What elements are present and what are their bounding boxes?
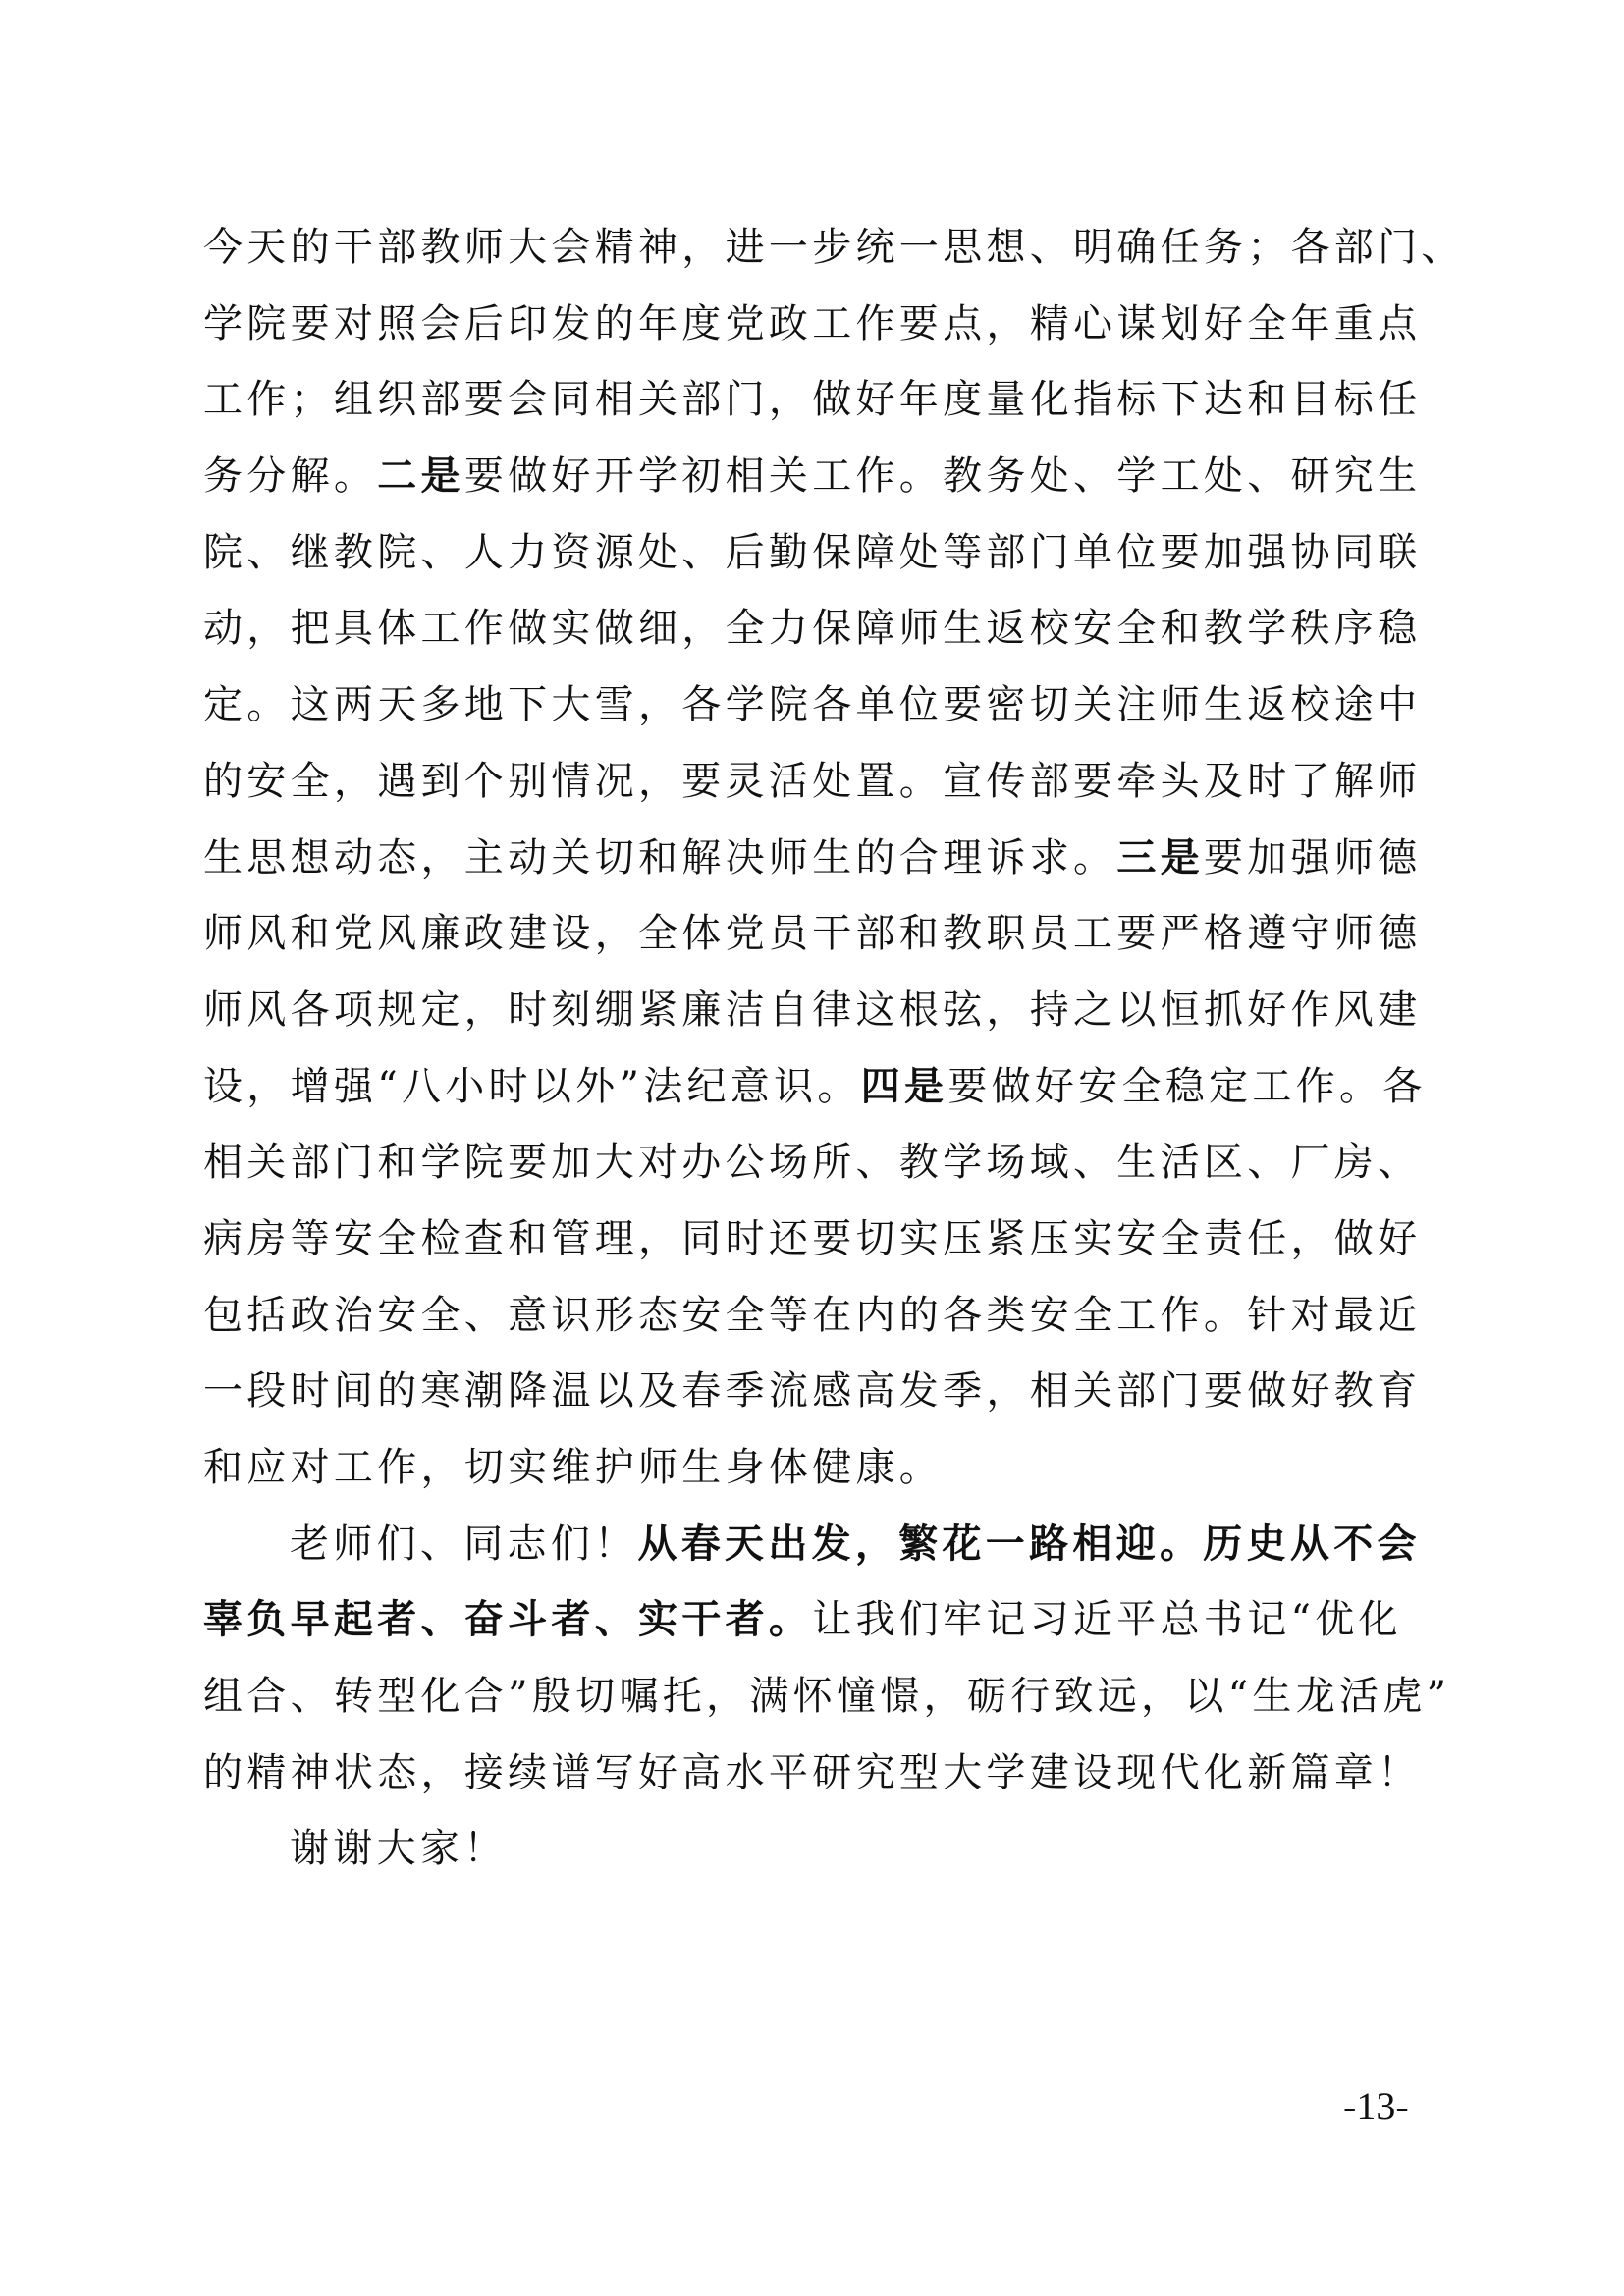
closing-line: 谢谢大家！ [203,1821,1426,1897]
text-segment: 病房等安全检查和管理，同时还要切实压紧压实安全责任，做好 [203,1216,1421,1261]
text-line: 务分解。二是要做好开学初相关工作。教务处、学工处、研究生 [203,449,1426,525]
body-text: 今天的干部教师大会精神，进一步统一思想、明确任务；各部门、 学院要对照会后印发的… [203,220,1426,1897]
text-line: 工作；组织部要会同相关部门，做好年度量化指标下达和目标任 [203,372,1426,449]
text-segment: 师风和党风廉政建设，全体党员干部和教职员工要严格遵守师德 [203,911,1421,956]
text-segment: 动，把具体工作做实做细，全力保障师生返校安全和教学秩序稳 [203,606,1421,651]
text-segment: 包括政治安全、意识形态安全等在内的各类安全工作。针对最近 [203,1293,1421,1338]
text-segment: 师风各项规定，时刻绷紧廉洁自律这根弦，持之以恒抓好作风建 [203,988,1421,1033]
text-segment: 要做好开学初相关工作。教务处、学工处、研究生 [464,454,1422,499]
text-line: 的精神状态，接续谱写好高水平研究型大学建设现代化新篇章！ [203,1745,1426,1822]
text-line: 院、继教院、人力资源处、后勤保障处等部门单位要加强协同联 [203,525,1426,602]
paragraph-start-line: 老师们、同志们！从春天出发，繁花一路相迎。历史从不会 [203,1517,1426,1593]
text-line: 生思想动态，主动关切和解决师生的合理诉求。三是要加强师德 [203,830,1426,907]
bold-heading-segment: 二是 [377,453,464,499]
bold-emphasis-segment: 从春天出发，繁花一路相迎。历史从不会 [637,1521,1420,1567]
closing-text: 谢谢大家！ [290,1826,508,1871]
text-segment: 一段时间的寒潮降温以及春季流感高发季，相关部门要做好教育 [203,1368,1421,1414]
text-segment: 工作；组织部要会同相关部门，做好年度量化指标下达和目标任 [203,377,1421,422]
bold-heading-segment: 三是 [1116,834,1204,881]
bold-heading-segment: 四是 [861,1063,948,1109]
bold-emphasis-segment: 辜负早起者、奋斗者、实干者。 [203,1596,812,1642]
text-segment: 生思想动态，主动关切和解决师生的合理诉求。 [203,835,1116,881]
text-segment: 组合、转型化合”殷切嘱托，满怀憧憬，砺行致远，以“生龙活虎” [203,1674,1450,1719]
text-line: 组合、转型化合”殷切嘱托，满怀憧憬，砺行致远，以“生龙活虎” [203,1669,1426,1745]
text-segment: 院、继教院、人力资源处、后勤保障处等部门单位要加强协同联 [203,530,1421,575]
text-line: 一段时间的寒潮降温以及春季流感高发季，相关部门要做好教育 [203,1363,1426,1440]
text-line: 的安全，遇到个别情况，要灵活处置。宣传部要牵头及时了解师 [203,754,1426,830]
text-line: 今天的干部教师大会精神，进一步统一思想、明确任务；各部门、 [203,220,1426,296]
text-segment: 务分解。 [203,454,377,499]
text-line: 包括政治安全、意识形态安全等在内的各类安全工作。针对最近 [203,1288,1426,1364]
text-line: 病房等安全检查和管理，同时还要切实压紧压实安全责任，做好 [203,1211,1426,1288]
text-segment: 的精神状态，接续谱写好高水平研究型大学建设现代化新篇章！ [203,1750,1421,1795]
page-number: -13- [1343,2083,1409,2130]
text-segment: 定。这两天多地下大雪，各学院各单位要密切关注师生返校途中 [203,682,1421,727]
text-line: 动，把具体工作做实做细，全力保障师生返校安全和教学秩序稳 [203,601,1426,677]
text-line: 师风和党风廉政建设，全体党员干部和教职员工要严格遵守师德 [203,906,1426,983]
text-segment: 老师们、同志们！ [290,1522,637,1567]
text-line: 学院要对照会后印发的年度党政工作要点，精心谋划好全年重点 [203,296,1426,373]
text-segment: 的安全，遇到个别情况，要灵活处置。宣传部要牵头及时了解师 [203,759,1421,804]
text-line: 师风各项规定，时刻绷紧廉洁自律这根弦，持之以恒抓好作风建 [203,983,1426,1059]
text-segment: 相关部门和学院要加大对办公场所、教学场域、生活区、厂房、 [203,1140,1421,1185]
text-line: 相关部门和学院要加大对办公场所、教学场域、生活区、厂房、 [203,1135,1426,1211]
text-line: 辜负早起者、奋斗者、实干者。让我们牢记习近平总书记“优化 [203,1592,1426,1669]
text-segment: 和应对工作，切实维护师生身体健康。 [203,1445,943,1490]
text-segment: 学院要对照会后印发的年度党政工作要点，精心谋划好全年重点 [203,301,1421,347]
text-segment: 今天的干部教师大会精神，进一步统一思想、明确任务；各部门、 [203,225,1465,270]
text-segment: 让我们牢记习近平总书记“优化 [812,1597,1402,1642]
text-segment: 要加强师德 [1204,835,1422,881]
document-page: 今天的干部教师大会精神，进一步统一思想、明确任务；各部门、 学院要对照会后印发的… [0,0,1624,2296]
text-line: 和应对工作，切实维护师生身体健康。 [203,1440,1426,1517]
text-segment: 要做好安全稳定工作。各 [947,1064,1426,1109]
text-segment: 设，增强“八小时以外”法纪意识。 [203,1064,861,1109]
text-line: 定。这两天多地下大雪，各学院各单位要密切关注师生返校途中 [203,677,1426,754]
text-line: 设，增强“八小时以外”法纪意识。四是要做好安全稳定工作。各 [203,1059,1426,1136]
